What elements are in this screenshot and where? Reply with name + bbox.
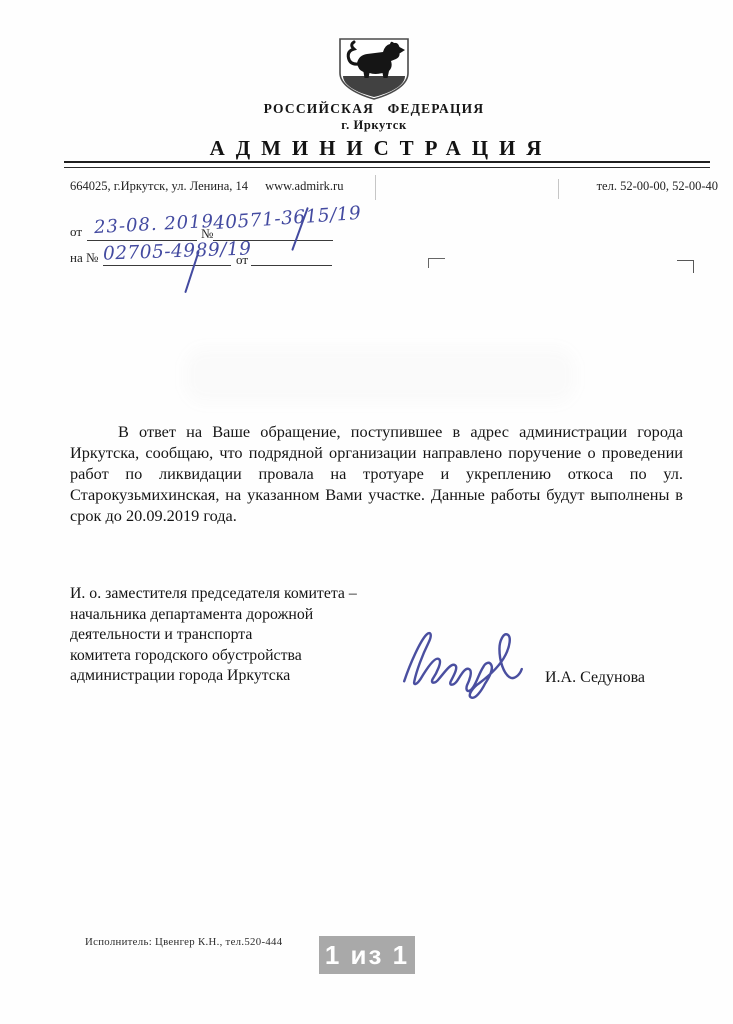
handwritten-out-date: 23-08. 2019 [94, 211, 215, 238]
in-number-underline [103, 265, 231, 266]
header-organization: АДМИНИСТРАЦИЯ [0, 136, 733, 161]
in-date-label: от [236, 252, 248, 268]
out-date-label: от [70, 224, 82, 240]
irkutsk-coat-of-arms-icon [333, 37, 415, 103]
page-indicator-badge: 1 из 1 [319, 936, 415, 974]
header-address-line: 664025, г.Иркутск, ул. Ленина, 14 www.ad… [70, 179, 343, 194]
signer-position-line: И. о. заместителя председателя комитета … [70, 584, 415, 605]
contact-divider-tick [375, 175, 376, 200]
in-date-underline [251, 265, 332, 266]
signer-position-line: начальника департамента дорожной [70, 605, 415, 626]
signer-position-block: И. о. заместителя председателя комитета … [70, 584, 415, 687]
contact-divider-tick [558, 179, 559, 199]
header-city: г. Иркутск [0, 118, 733, 133]
signer-name: И.А. Седунова [545, 669, 645, 687]
header-divider [64, 161, 710, 168]
header-country: РОССИЙСКАЯ ФЕДЕРАЦИЯ [0, 101, 733, 117]
in-number-label: на № [70, 250, 98, 266]
letter-page: РОССИЙСКАЯ ФЕДЕРАЦИЯ г. Иркутск АДМИНИСТ… [0, 0, 733, 1024]
handwritten-out-number: 40571-3615/19 [212, 203, 362, 234]
signer-position-line: комитета городского обустройства [70, 646, 415, 667]
handwritten-signature [390, 622, 542, 704]
signer-position-line: деятельности и транспорта [70, 625, 415, 646]
signer-position-line: администрации города Иркутска [70, 666, 415, 687]
executor-note: Исполнитель: Цвенгер К.Н., тел.520-444 [85, 936, 282, 948]
scan-smudge [185, 348, 575, 403]
addressee-corner-mark-right [677, 260, 694, 273]
postal-address: 664025, г.Иркутск, ул. Ленина, 14 [70, 179, 248, 193]
body-paragraph: В ответ на Ваше обращение, поступившее в… [70, 421, 683, 526]
website: www.admirk.ru [265, 179, 343, 193]
handwritten-in-number: 02705-4989/19 [103, 238, 252, 264]
addressee-corner-mark-left [428, 258, 445, 268]
contact-row: 664025, г.Иркутск, ул. Ленина, 14 www.ad… [70, 179, 718, 194]
header-phone: тел. 52-00-00, 52-00-40 [597, 179, 718, 194]
